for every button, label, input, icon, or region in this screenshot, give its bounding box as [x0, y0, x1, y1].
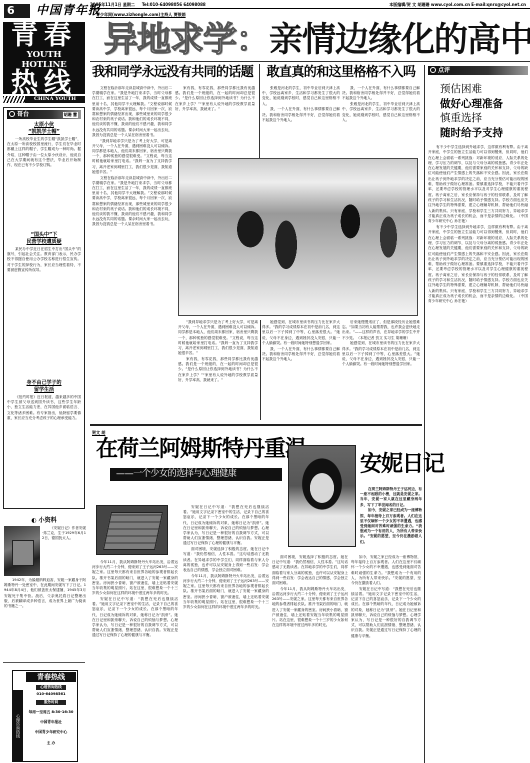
article-2-column-2: 我，一个人在外面，有什么事情都要自己解决。我和宿舍同学相处得并不好，总觉得她们看… [342, 86, 420, 151]
article-3-intro: 在荷兰阿姆斯特丹王子运河边，有一座不起眼的小楼，这就是安妮之家。当年，安妮一家人… [360, 487, 422, 553]
byline: 贺文 胡 [92, 430, 105, 436]
issue-date: 2005年11月1日 星期二 [90, 2, 135, 7]
ad-phone: 010-64098561 [26, 692, 76, 697]
left-news-column: 哥台 胡珊 慧 太原小伙“凯凯学士帽” 一所高校毕业生的学生帽“凯凯学士帽”，在… [3, 107, 85, 509]
article-1-column-2b: “我到异地求学只是为了考上好大学，可是离开父母，一个人在外面，遇到困难没人可以倾… [178, 320, 258, 420]
section-icon [9, 111, 15, 117]
headline-part-b: 亲情边缘化的高中版本 [269, 20, 530, 60]
article-3-column-3: 面对困境，安妮选择了积极的态度。她在日记中写道：“我仍然相信，人性本善。”这句话… [272, 555, 348, 760]
column-rule [260, 320, 261, 420]
headline-part-a: 异地求学： [104, 20, 269, 60]
section-title-top: 青春 [3, 22, 85, 50]
news-body-3: 《纽约时报》近日报道，越来越多的中国中学生被父母送到国外读书，这些学生年龄小，独… [7, 395, 81, 505]
comment-body: 有不少中学生选择到外地求学，这样做有利有弊。由于离开家庭，中学生的独立生活能力可… [428, 145, 528, 757]
article-3-column-1: 今年11月，我从阿姆斯特丹火车站出发，沿着运河步行大约二十分钟，便来到了王子运河… [92, 560, 178, 760]
china-youth-daily-strip: CHINA YOUTH DAILY [3, 96, 85, 103]
page-number: 6 [4, 4, 30, 18]
article-3-subhead: ——一个少女的选择与心理健康 [110, 468, 282, 481]
news-headline-2: “国头中”下民营学校遭质疑 [7, 232, 81, 245]
anne-frank-portrait [288, 445, 356, 547]
section-label: 哥台 [17, 111, 29, 118]
editor-contact: 本版编辑/贺 文 胡珊珊 www.cyol.com.cn E-mail:qnrx… [389, 2, 526, 7]
trivia-header: ◐ 小资料 [3, 515, 85, 524]
news-headline-1: 太原小伙“凯凯学士帽” [7, 122, 81, 135]
section-masthead: 青春 YOUTH HOTLINE 热线 [3, 22, 85, 94]
article-3-headline-b: 安妮日记 [360, 452, 444, 478]
diary-book-photo [96, 505, 168, 555]
article-1-headline: 我和同学永远没有共同的话题 [92, 65, 257, 81]
comment-title: 预估困难 做好心理准备 慎重选择 随时给予支持 [440, 82, 530, 140]
section-title-english: YOUTH HOTLINE [3, 50, 85, 70]
article-1-column-1: 文程在临沂那年走读县城高中读中，外出后二学期辍学在家。“我是外地打来求学，当时父… [92, 86, 172, 408]
news-headline-3: 身不由己学子的留学生活 [7, 380, 81, 393]
article-2-column-1: 张雅是河北的学生，初中毕业后到天津上高中，学校远离家乡，生活和学习都发生了很大的… [262, 86, 340, 151]
byline: 胡珊 慧 [63, 112, 78, 118]
ad-line: 服务时间 [36, 700, 66, 705]
top-rule [90, 8, 530, 9]
column-rule [259, 64, 260, 162]
crowd-photo [178, 158, 418, 316]
ad-line: 中国青少年研究中心 [26, 730, 76, 735]
article-1-column-2: 家有钱，有零花钱，那些同学都比我有优越感。我们是一个班级的，在一起的时间却总是很… [175, 86, 255, 151]
article-3-column-4: 如今，安妮之家已经成为一座博物馆，每年接待上百万参观者。人们在这里不仅缅怀一个少… [351, 555, 421, 760]
ad-line: 中国青年报社 [26, 720, 76, 725]
ad-line: 主 办 [26, 741, 76, 746]
trivia-text-continued: 1942年，为躲避纳粹迫害，安妮一家藏身于阿姆斯特丹一处密室中，在此期间安妮写下… [4, 578, 86, 658]
main-headline: 异地求学：亲情边缘化的高中版本 [104, 20, 530, 60]
divider [3, 662, 85, 663]
article-2-column-2b: 后来她慢慢适应了，但是那段经历让她很难忘。“如果当初有人能帮帮我，也许我会更快地… [342, 320, 420, 420]
section-rule [90, 424, 422, 426]
section-icon [430, 67, 436, 73]
article-2-headline: 敢直真的和这里格格不入吗 [262, 65, 420, 81]
news-body-1: 一所高校毕业生的学生帽“凯凯学士帽”，在太原一所高校校园里流行，学生们在毕业时都… [7, 137, 81, 229]
section-title-bottom: 热线 [3, 70, 85, 98]
trivia-text: 《安妮日记》作者安妮·弗兰克，生于1929年6月12日，德国犹太人。 [42, 526, 86, 576]
section-header: 哥台 胡珊 慧 [7, 110, 81, 119]
ad-line: 心理咨询热线 [36, 685, 66, 690]
ad-side-label: 心理咨询热线 [13, 690, 23, 762]
article-3-headline: 在荷兰阿姆斯特丹重温 [96, 437, 306, 463]
host-line: 青少年网(www.zizhongle.com)主持人 贾银娟 [96, 12, 186, 18]
news-body-2: 某民办中学近日在招生中打出“国头中”的旗号，引起社会关注。教育部门表示，民办学校… [7, 247, 81, 377]
ad-hours: 每周一至周五 8:30-16:30 [26, 710, 76, 715]
article-3-column-2: 安妮在日记中写道：“我想在死后也继续活着。”她用文字记录下密室中的生活，记录下自… [183, 505, 269, 760]
column-rule [424, 65, 425, 763]
title-rule [90, 61, 530, 62]
article-2-column-1b: 她感觉到，在城市里读书的压力比在家乡大得多。“我的学习成绩原本在初中是前几名，到… [262, 320, 340, 420]
strip-text: CHINA YOUTH DAILY [25, 96, 85, 103]
date-bar: 2005年11月1日 星期二 Tel:010-64098056 64098088… [90, 2, 530, 7]
anne-frank-house-photo [4, 526, 40, 576]
phone-number: Tel:010-64098056 64098088 [142, 2, 206, 7]
comment-header: 点评 [428, 66, 528, 75]
ad-title: 青春热线 [26, 672, 76, 682]
